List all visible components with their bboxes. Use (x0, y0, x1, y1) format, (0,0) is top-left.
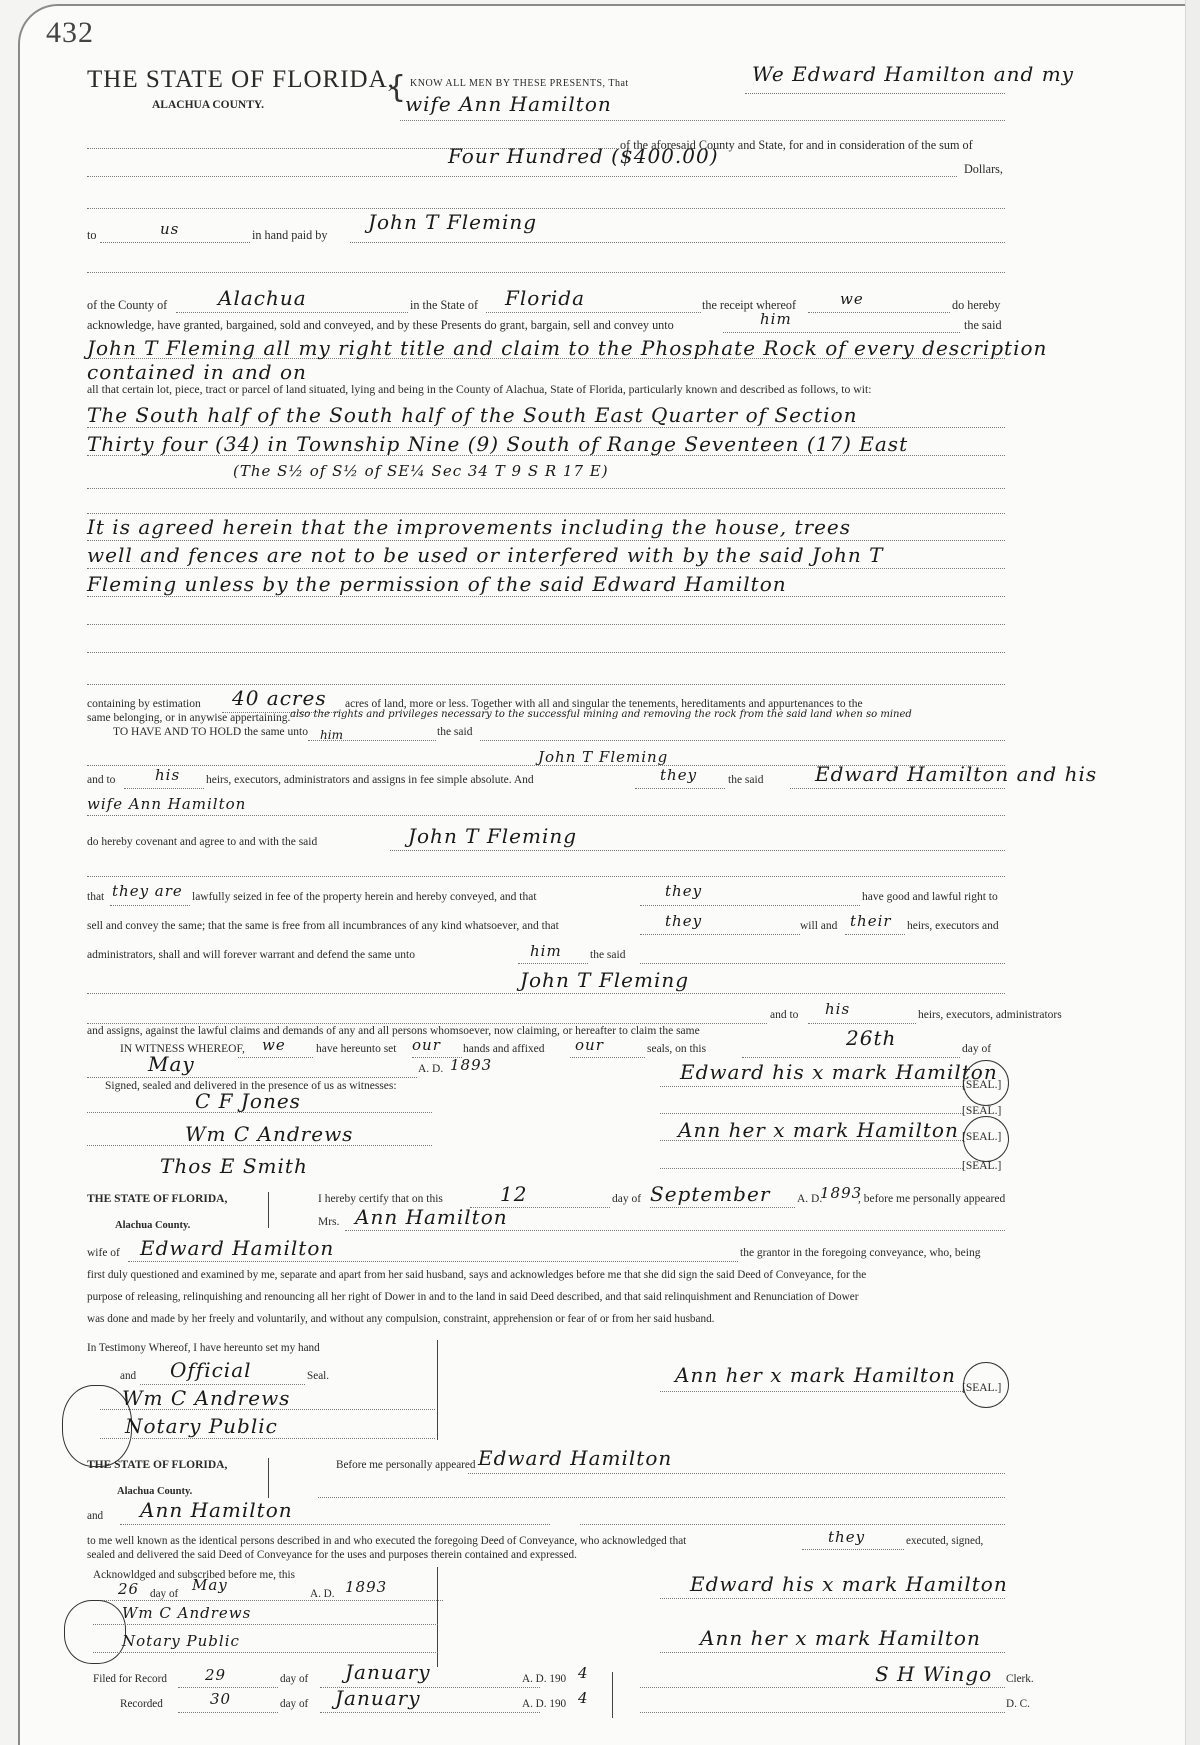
filed-ad: A. D. 190 (522, 1673, 566, 1685)
the-said-label-2: the said (437, 726, 472, 738)
and-label: and (120, 1370, 136, 1382)
in-state-label: in the State of (410, 298, 478, 313)
the-said-label-4: the said (590, 949, 625, 961)
wife-of-handwritten: Edward Hamilton (140, 1236, 334, 1260)
cert2-and-label: and (87, 1510, 103, 1522)
cert1-body-1: first duly questioned and examined by me… (87, 1269, 866, 1281)
said-handwritten: Edward Hamilton and his (815, 762, 1097, 786)
admin-text: administrators, shall and will forever w… (87, 949, 415, 961)
mrs-label: Mrs. (318, 1216, 339, 1228)
heirs-admin-text: heirs, executors, administrators (918, 1009, 1062, 1021)
sell-text: sell and convey the same; that the same … (87, 920, 559, 932)
the-said-label: the said (964, 318, 1002, 333)
mrs-handwritten: Ann Hamilton (355, 1205, 508, 1229)
land-text: all that certain lot, piece, tract or pa… (87, 383, 871, 396)
scan-edge (1185, 0, 1200, 1745)
grantors-handwritten: We Edward Hamilton and my (752, 62, 1074, 86)
admin-handwritten: him (530, 942, 562, 960)
that-handwritten: they are (112, 882, 183, 900)
filed-month-handwritten: January (345, 1660, 431, 1684)
unto-handwritten: him (760, 310, 792, 328)
dollars-label: Dollars, (964, 162, 1003, 177)
cert2-signature-edward: Edward his x mark Hamilton (690, 1572, 1008, 1596)
county-handwritten: Alachua (218, 286, 307, 310)
notary-title-handwritten: Notary Public (125, 1414, 278, 1438)
deed-page (18, 4, 1200, 1745)
clerk-label: Clerk. (1006, 1673, 1034, 1685)
signature-ann: Ann her x mark Hamilton (678, 1118, 959, 1142)
cert2-state: THE STATE OF FLORIDA, (87, 1459, 227, 1471)
conveyance-text: acknowledge, have granted, bargained, so… (87, 318, 674, 333)
agreement-line-2: well and fences are not to be used or in… (87, 543, 884, 567)
paid-by-label: in hand paid by (252, 228, 327, 243)
cert1-signature-ann: Ann her x mark Hamilton (675, 1363, 956, 1387)
cert1-day-of: day of (612, 1193, 641, 1205)
clerk-signature-handwritten: S H Wingo (875, 1662, 992, 1686)
cert2-day-handwritten: 26 (118, 1580, 139, 1598)
year-handwritten: 1893 (450, 1056, 492, 1074)
cert2-notary-handwritten: Wm C Andrews (122, 1604, 251, 1622)
seals-text: seals, on this (647, 1043, 706, 1055)
official-handwritten: Official (170, 1358, 252, 1382)
our-handwritten: our (412, 1036, 441, 1054)
cert1-body-3: was done and made by her freely and volu… (87, 1313, 714, 1325)
of-county-label: of the County of (87, 298, 167, 313)
will-and-label: will and (800, 920, 837, 932)
notary-handwritten: Wm C Andrews (122, 1386, 290, 1410)
conveyance-line1-handwritten: John T Fleming all my right title and cl… (87, 336, 1047, 360)
hands-text: hands and affixed (463, 1043, 545, 1055)
known-text-1: to me well known as the identical person… (87, 1535, 686, 1547)
cert1-body-2: purpose of releasing, relinquishing and … (87, 1291, 858, 1303)
to-have-text: TO HAVE AND TO HOLD the same unto (113, 726, 308, 738)
month-handwritten: May (148, 1052, 195, 1076)
assigns-text: and assigns, against the lawful claims a… (87, 1025, 700, 1037)
seal-label: [SEAL.] (962, 1160, 1001, 1172)
we-handwritten: we (262, 1036, 286, 1054)
recorded-day-handwritten: 30 (210, 1690, 231, 1708)
have-hereunto-text: have hereunto set (316, 1043, 396, 1055)
signature-edward: Edward his x mark Hamilton (680, 1060, 998, 1084)
filed-day-handwritten: 29 (205, 1666, 226, 1684)
heirs-exec-text: heirs, executors and (907, 920, 999, 932)
cert1-month-handwritten: September (650, 1182, 770, 1206)
heirs-text: heirs, executors, administrators and ass… (206, 774, 534, 786)
cert2-notary-title-handwritten: Notary Public (122, 1632, 240, 1650)
filed-label: Filed for Record (93, 1673, 167, 1685)
recorded-day-of: day of (280, 1698, 308, 1710)
wife-of-label: wife of (87, 1247, 120, 1259)
cert1-day-handwritten: 12 (500, 1182, 527, 1206)
covenant-handwritten: John T Fleming (408, 824, 577, 848)
said-handwritten-2: wife Ann Hamilton (87, 795, 246, 813)
seal-text: Seal. (307, 1370, 329, 1382)
conveyance-line2-handwritten: contained in and on (87, 360, 307, 384)
day-handwritten: 26th (846, 1026, 896, 1050)
seized-text: lawfully seized in fee of the property h… (192, 891, 537, 903)
land-description-1: The South half of the South half of the … (87, 403, 857, 427)
day-of-label: day of (962, 1043, 991, 1055)
land-description-3: (The S½ of S½ of SE¼ Sec 34 T 9 S R 17 E… (233, 462, 609, 480)
cert2-and-handwritten: Ann Hamilton (140, 1498, 293, 1522)
witness-1: C F Jones (195, 1089, 301, 1113)
to-label: to (87, 228, 96, 243)
seal-label: [SEAL.] (962, 1382, 1001, 1394)
payer-handwritten: John T Fleming (368, 210, 537, 234)
amount-handwritten: Four Hundred ($400.00) (448, 144, 719, 168)
agreement-line-3: Fleming unless by the permission of the … (87, 572, 787, 596)
cert2-year-handwritten: 1893 (345, 1578, 387, 1596)
cert2-ad: A. D. (310, 1588, 335, 1600)
and-to-handwritten: his (155, 766, 180, 784)
rights-handwritten: also the rights and privileges necessary… (290, 709, 912, 720)
and-to-label-2: and to (770, 1009, 798, 1021)
and-to-handwritten-2: his (825, 1000, 850, 1018)
cert2-day-of: day of (150, 1588, 178, 1600)
covenant-text: do hereby covenant and agree to and with… (87, 836, 317, 848)
witness-3: Thos E Smith (160, 1154, 308, 1178)
acres-handwritten: 40 acres (232, 686, 327, 710)
receipt-handwritten: we (840, 290, 864, 308)
appertaining-text: same belonging, or in anywise appertaini… (87, 712, 290, 724)
recorded-ad: A. D. 190 (522, 1698, 566, 1710)
do-hereby-label: do hereby (952, 298, 1000, 313)
brace: { (387, 70, 406, 105)
recorded-year-handwritten: 4 (578, 1689, 589, 1707)
recorded-month-handwritten: January (335, 1686, 421, 1710)
seal-label: [SEAL.] (962, 1079, 1001, 1091)
appeared-handwritten: Edward Hamilton (478, 1446, 672, 1470)
grantors-handwritten-2: wife Ann Hamilton (405, 92, 612, 116)
cert1-state: THE STATE OF FLORIDA, (87, 1193, 227, 1205)
and-to-label: and to (87, 774, 115, 786)
will-handwritten: their (850, 912, 892, 930)
to-have-handwritten: him (320, 728, 343, 742)
known-handwritten: they (828, 1528, 865, 1546)
the-said-label-3: the said (728, 774, 763, 786)
seal-label: [SEAL.] (962, 1131, 1001, 1143)
witness-2: Wm C Andrews (185, 1122, 353, 1146)
have-good-text: have good and lawful right to (862, 891, 998, 903)
to-handwritten: us (160, 220, 179, 238)
dc-label: D. C. (1006, 1698, 1030, 1710)
state-handwritten: Florida (505, 286, 585, 310)
cert2-county: Alachua County. (117, 1486, 192, 1497)
known-text-2: sealed and delivered the said Deed of Co… (87, 1549, 577, 1561)
certify-text: I hereby certify that on this (318, 1193, 443, 1205)
ad-label: A. D. (418, 1063, 443, 1075)
cert1-county: Alachua County. (115, 1220, 190, 1231)
executed-text: executed, signed, (906, 1535, 983, 1547)
grantee-handwritten: John T Fleming (538, 748, 668, 766)
defend-handwritten: John T Fleming (520, 968, 689, 992)
recorded-label: Recorded (120, 1698, 163, 1710)
sell-handwritten: they (665, 912, 702, 930)
cert2-signature-ann: Ann her x mark Hamilton (700, 1626, 981, 1650)
page-number: 432 (46, 16, 94, 50)
before-me-text: , before me personally appeared (858, 1193, 1005, 1205)
before-me-appeared: Before me personally appeared (336, 1459, 475, 1471)
testimony-text: In Testimony Whereof, I have hereunto se… (87, 1342, 320, 1354)
cert1-year-handwritten: 1893 (820, 1184, 862, 1202)
filed-day-of: day of (280, 1673, 308, 1685)
grantor-text: the grantor in the foregoing conveyance,… (740, 1247, 980, 1259)
notarial-seal-icon (64, 1600, 126, 1664)
that2-handwritten: they (665, 882, 702, 900)
cert2-month-handwritten: May (192, 1576, 228, 1594)
containing-label: containing by estimation (87, 698, 201, 710)
state-heading: THE STATE OF FLORIDA, (87, 66, 395, 94)
our2-handwritten: our (575, 1036, 604, 1054)
that-label: that (87, 891, 104, 903)
and-handwritten: they (660, 766, 697, 784)
seal-label: [SEAL.] (962, 1105, 1001, 1117)
land-description-2: Thirty four (34) in Township Nine (9) So… (87, 432, 908, 456)
agreement-line-1: It is agreed herein that the improvement… (87, 515, 851, 539)
cert1-ad: A. D. (797, 1193, 822, 1205)
know-all-men-text: KNOW ALL MEN BY THESE PRESENTS, That (410, 78, 629, 89)
county-heading: ALACHUA COUNTY. (152, 99, 264, 111)
filed-year-handwritten: 4 (578, 1664, 589, 1682)
